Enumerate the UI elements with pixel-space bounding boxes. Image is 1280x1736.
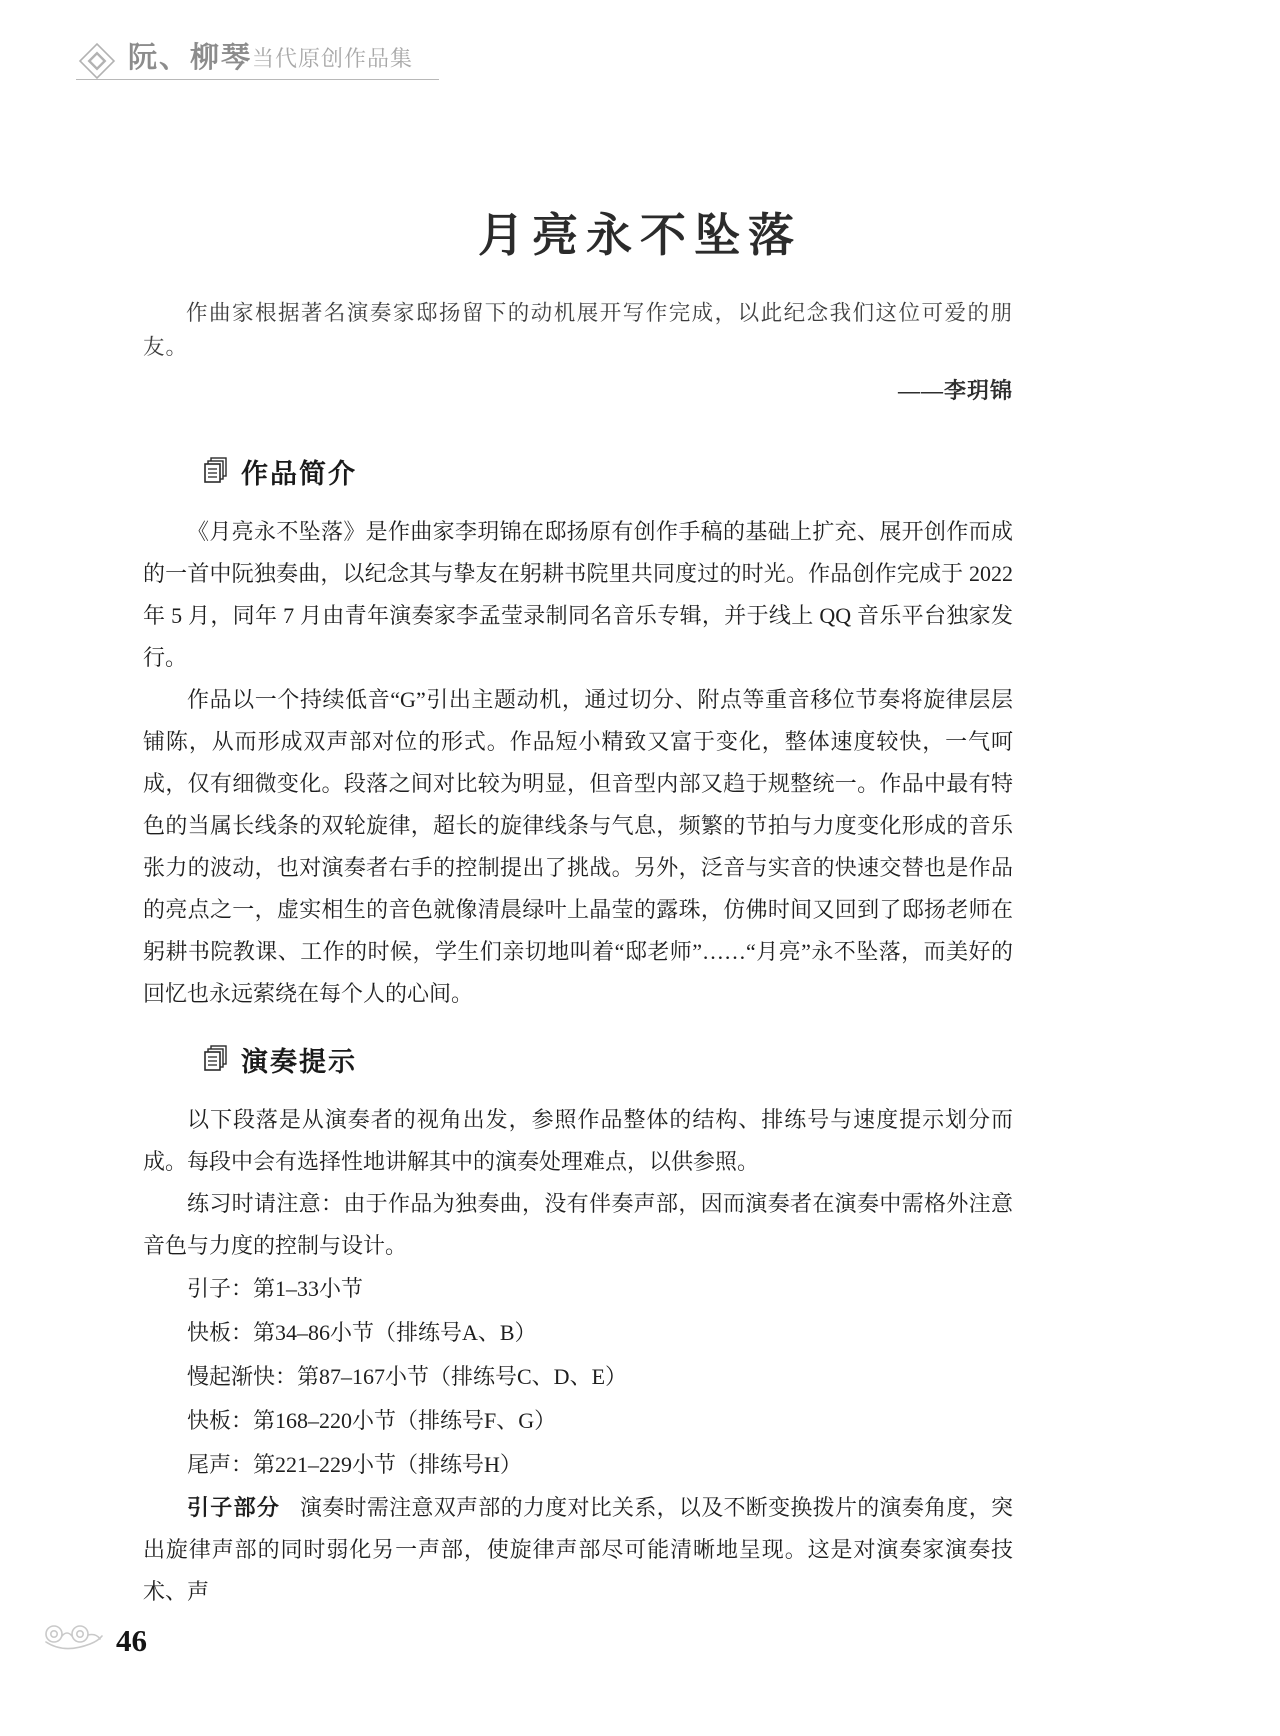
page-number: 46 bbox=[116, 1619, 147, 1663]
structure-item-allegro-1: 快板：第34–86小节（排练号A、B） bbox=[143, 1311, 1013, 1355]
structure-list: 引子：第1–33小节 快板：第34–86小节（排练号A、B） 慢起渐快：第87–… bbox=[143, 1267, 1013, 1487]
structure-item-intro: 引子：第1–33小节 bbox=[143, 1267, 1013, 1311]
performance-paragraph: 练习时请注意：由于作品为独奏曲，没有伴奏声部，因而演奏者在演奏中需格外注意音色与… bbox=[143, 1183, 1013, 1267]
structure-item-allegro-2: 快板：第168–220小节（排练号F、G） bbox=[143, 1399, 1013, 1443]
stacked-pages-icon bbox=[201, 1043, 231, 1081]
main-content: 作品简介 《月亮永不坠落》是作曲家李玥锦在邸扬原有创作手稿的基础上扩充、展开创作… bbox=[143, 455, 1013, 1613]
section-heading-performance-label: 演奏提示 bbox=[241, 1045, 357, 1079]
section-heading-intro-label: 作品简介 bbox=[241, 457, 357, 491]
performance-paragraph: 以下段落是从演奏者的视角出发，参照作品整体的结构、排练号与速度提示划分而成。每段… bbox=[143, 1099, 1013, 1183]
cloud-ornament-icon bbox=[38, 1618, 108, 1663]
piece-title: 月亮永不坠落 bbox=[0, 206, 1280, 264]
structure-item-accelerando: 慢起渐快：第87–167小节（排练号C、D、E） bbox=[143, 1355, 1013, 1399]
dedication-author: ——李玥锦 bbox=[143, 374, 1013, 408]
dedication-block: 作曲家根据著名演奏家邸扬留下的动机展开写作完成，以此纪念我们这位可爱的朋友。 —… bbox=[143, 296, 1013, 408]
series-title-rest: 当代原创作品集 bbox=[252, 45, 413, 73]
series-title-strong: 阮、柳琴 bbox=[128, 43, 252, 73]
structure-item-coda: 尾声：第221–229小节（排练号H） bbox=[143, 1443, 1013, 1487]
lead-paragraph: 引子部分演奏时需注意双声部的力度对比关系，以及不断变换拨片的演奏角度，突出旋律声… bbox=[143, 1487, 1013, 1613]
book-page: 阮、柳琴 当代原创作品集 月亮永不坠落 作曲家根据著名演奏家邸扬留下的动机展开写… bbox=[0, 0, 1280, 1736]
intro-paragraph: 作品以一个持续低音“G”引出主题动机，通过切分、附点等重音移位节奏将旋律层层铺陈… bbox=[143, 679, 1013, 1015]
diamond-ornament-icon bbox=[76, 40, 118, 87]
intro-paragraph: 《月亮永不坠落》是作曲家李玥锦在邸扬原有创作手稿的基础上扩充、展开创作而成的一首… bbox=[143, 511, 1013, 679]
section-heading-performance: 演奏提示 bbox=[143, 1043, 1013, 1081]
dedication-text: 作曲家根据著名演奏家邸扬留下的动机展开写作完成，以此纪念我们这位可爱的朋友。 bbox=[143, 296, 1013, 364]
page-footer: 46 bbox=[38, 1618, 147, 1663]
section-heading-intro: 作品简介 bbox=[143, 455, 1013, 493]
running-header: 阮、柳琴 当代原创作品集 bbox=[76, 40, 439, 80]
stacked-pages-icon bbox=[201, 455, 231, 493]
lead-paragraph-label: 引子部分 bbox=[187, 1495, 280, 1520]
